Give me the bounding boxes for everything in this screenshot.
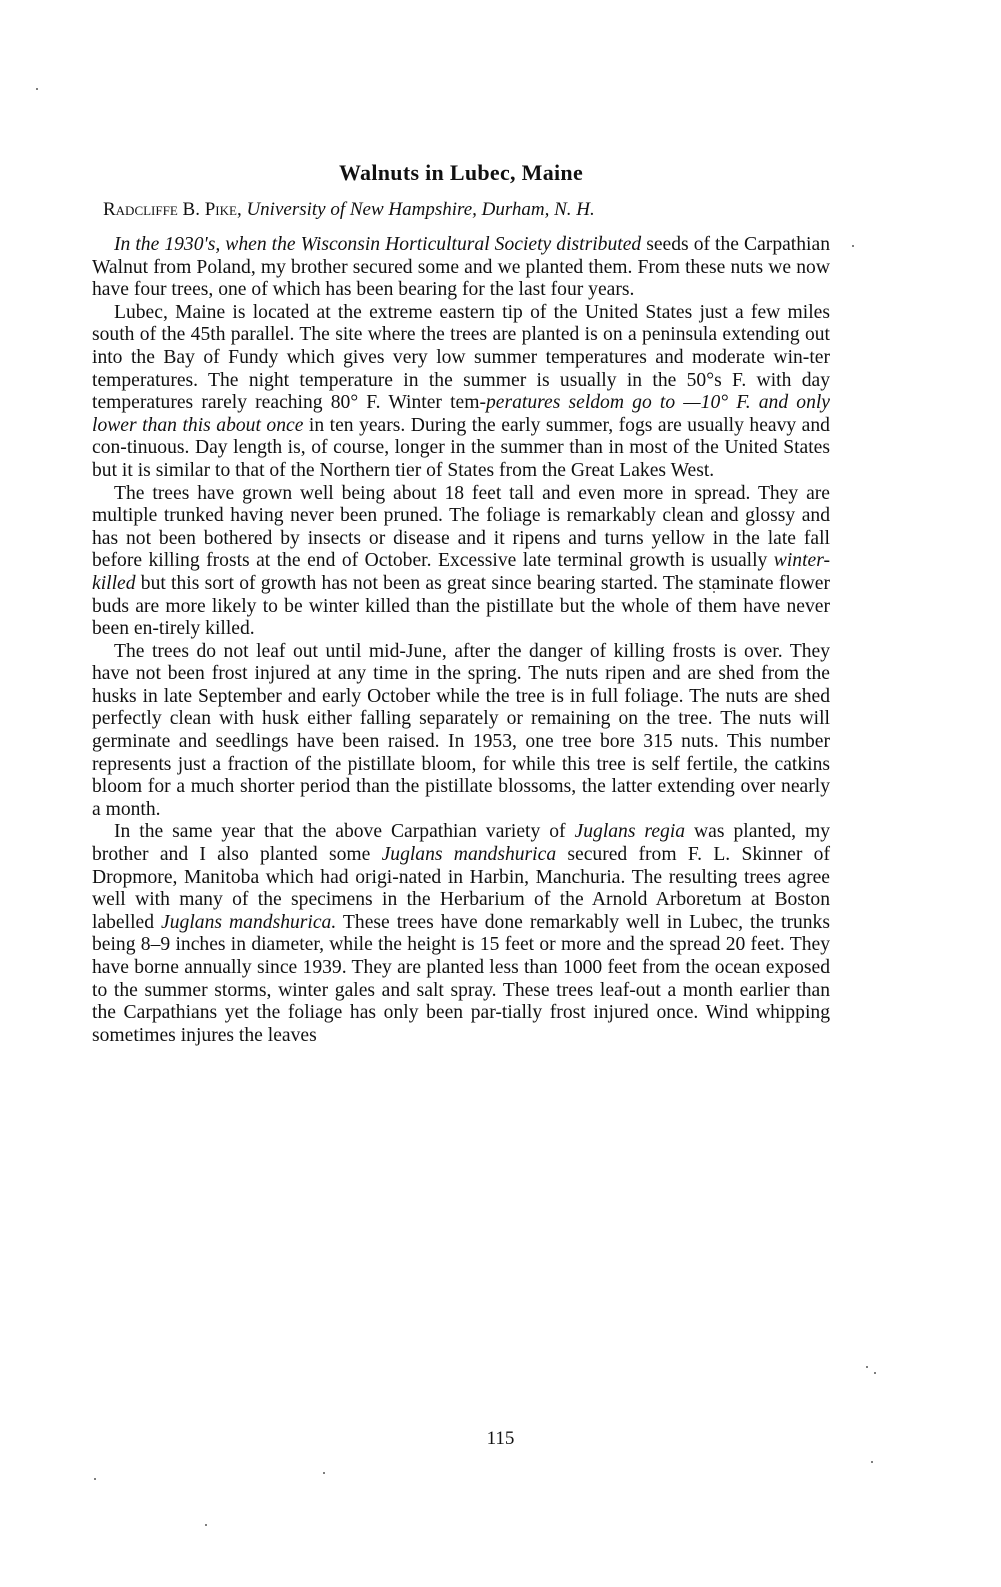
scan-speck [871, 1461, 873, 1463]
author-affiliation: University of New Hampshire, Durham, N. … [246, 199, 594, 220]
paragraph-4-text: The trees do not leaf out until mid-June… [92, 641, 830, 820]
article-page: Walnuts in Lubec, Maine Radcliffe B. Pik… [92, 160, 830, 1047]
paragraph-3: The trees have grown well being about 18… [92, 483, 830, 641]
scan-speck [94, 693, 96, 695]
species-juglans-regia: Juglans regia [575, 821, 686, 842]
paragraph-3-text-after: but this sort of growth has not been as … [92, 573, 830, 639]
paragraph-1: In the 1930's, when the Wisconsin Hortic… [92, 234, 830, 302]
species-juglans-mandshurica-label: Juglans mandshurica. [161, 912, 336, 933]
scan-speck [713, 591, 715, 593]
scan-speck [852, 245, 854, 247]
scan-speck [205, 1524, 207, 1526]
paragraph-4: The trees do not leaf out until mid-June… [92, 641, 830, 822]
scan-speck [874, 1372, 876, 1374]
paragraph-5: In the same year that the above Carpathi… [92, 821, 830, 1047]
species-juglans-mandshurica: Juglans mandshurica [382, 844, 557, 865]
scan-speck [94, 1478, 96, 1480]
scan-speck [866, 1366, 868, 1368]
article-body: In the 1930's, when the Wisconsin Hortic… [92, 234, 830, 1047]
scan-speck [323, 1472, 325, 1474]
article-title: Walnuts in Lubec, Maine [92, 160, 830, 186]
paragraph-5-text-1: In the same year that the above Carpathi… [114, 821, 575, 842]
paragraph-3-text: The trees have grown well being about 18… [92, 483, 830, 572]
byline: Radcliffe B. Pike, University of New Ham… [103, 198, 830, 222]
page-number: 115 [0, 1428, 1001, 1450]
paragraph-2: Lubec, Maine is located at the extreme e… [92, 302, 830, 483]
scan-speck [36, 88, 38, 90]
author-name: Radcliffe B. Pike [103, 199, 237, 220]
paragraph-1-lead: In the 1930's, when the Wisconsin Hortic… [114, 234, 641, 255]
